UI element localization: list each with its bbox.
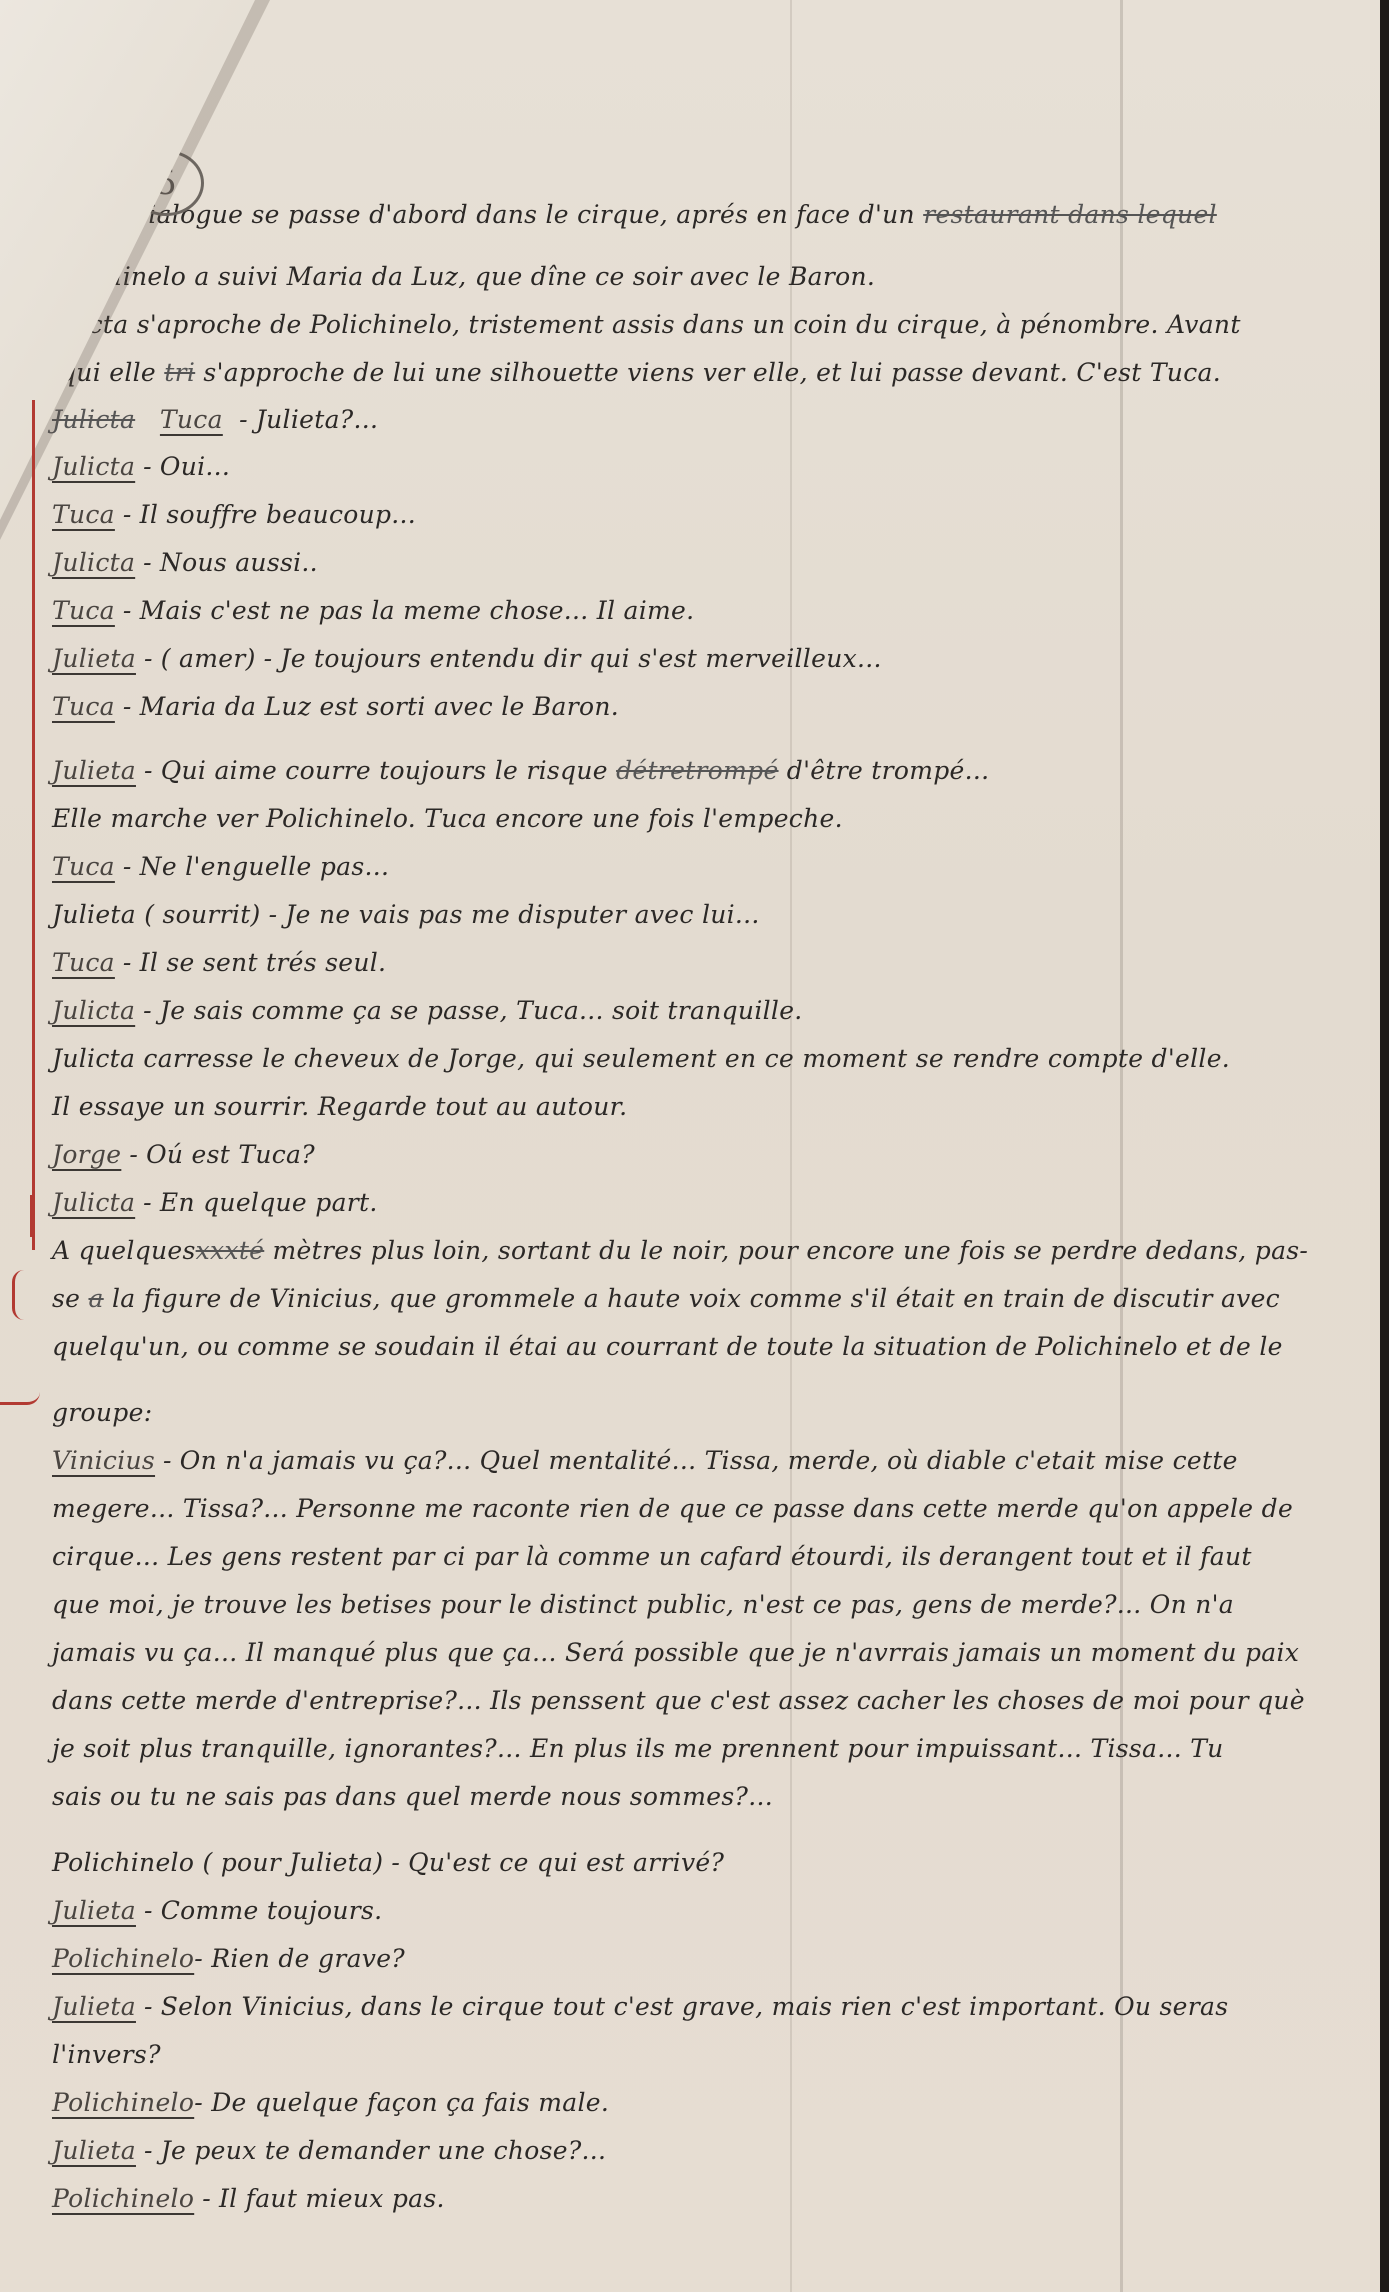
monologue-line: cirque... Les gens restent par ci par là… <box>52 1542 1252 1571</box>
monologue-line: que moi, je trouve les betises pour le d… <box>52 1590 1234 1619</box>
dialogue-line: Tuca-Ne l'enguelle pas... <box>52 852 389 881</box>
fold-line <box>1120 0 1123 2292</box>
red-margin-stroke <box>0 1392 40 1405</box>
dialogue-line: Tuca-Il se sent trés seul. <box>52 948 386 977</box>
dialogue-line: Polichinelo ( pour Julieta)-Qu'est ce qu… <box>52 1848 724 1877</box>
dialogue-line: Julieta-Selon Vinicius, dans le cirque t… <box>52 1992 1228 2021</box>
dialogue-line: Julicta-Oui... <box>52 452 230 481</box>
monologue-line: Vinicius-On n'a jamais vu ça?... Quel me… <box>52 1446 1238 1475</box>
narration-line: groupe: <box>52 1398 152 1427</box>
intro-line: qui elle tri s'approche de lui une silho… <box>60 358 1221 387</box>
dialogue-line: Polichinelo-Il faut mieux pas. <box>52 2184 445 2213</box>
dialogue-line: Julieta-Qui aime courre toujours le risq… <box>52 756 989 785</box>
dialogue-continuation: l'invers? <box>52 2040 161 2069</box>
intro-line: dialogue se passe d'abord dans le cirque… <box>132 200 1217 229</box>
monologue-line: megere... Tissa?... Personne me raconte … <box>52 1494 1293 1523</box>
dialogue-line: Julicta-Nous aussi.. <box>52 548 318 577</box>
dialogue-line: Jorge-Oú est Tuca? <box>52 1140 315 1169</box>
narration-line: quelqu'un, ou comme se soudain il étai a… <box>52 1332 1283 1361</box>
typewritten-page: 5 dialogue se passe d'abord dans le cirq… <box>0 0 1380 2292</box>
monologue-line: jamais vu ça... Il manqué plus que ça...… <box>52 1638 1299 1667</box>
dialogue-line: Tuca-Il souffre beaucoup... <box>52 500 416 529</box>
narration-line: se a la figure de Vinicius, que grommele… <box>52 1284 1280 1313</box>
dialogue-line: Julieta-Je peux te demander une chose?..… <box>52 2136 606 2165</box>
dialogue-line: Julicta-En quelque part. <box>52 1188 378 1217</box>
stage-direction: Il essaye un sourrir. Regarde tout au au… <box>52 1092 627 1121</box>
red-margin-mark <box>30 1195 33 1237</box>
dialogue-line: Polichinelo- Rien de grave? <box>52 1944 405 1973</box>
dialogue-line: Julieta ( sourrit)-Je ne vais pas me dis… <box>52 900 760 929</box>
stage-direction: Julicta carresse le cheveux de Jorge, qu… <box>52 1044 1230 1073</box>
red-margin-bracket <box>12 1270 29 1320</box>
monologue-line: je soit plus tranquille, ignorantes?... … <box>52 1734 1224 1763</box>
intro-line: chinelo a suivi Maria da Luz, que dîne c… <box>92 262 875 291</box>
red-margin-line <box>32 400 35 1250</box>
stage-direction: Elle marche ver Polichinelo. Tuca encore… <box>52 804 843 833</box>
fold-line <box>790 0 792 2292</box>
monologue-line: dans cette merde d'entreprise?... Ils pe… <box>52 1686 1305 1715</box>
dialogue-line: Tuca-Maria da Luz est sorti avec le Baro… <box>52 692 619 721</box>
dialogue-line: Julicta-Je sais comme ça se passe, Tuca.… <box>52 996 803 1025</box>
monologue-line: sais ou tu ne sais pas dans quel merde n… <box>52 1782 773 1811</box>
narration-line: A quelquesxxxté mètres plus loin, sortan… <box>52 1236 1308 1265</box>
dialogue-line: Julieta-Comme toujours. <box>52 1896 382 1925</box>
dialogue-line: Julieta-( amer)-Je toujours entendu dir … <box>52 644 882 673</box>
intro-line: licta s'aproche de Polichinelo, tristeme… <box>72 310 1241 339</box>
dialogue-line: Julicta Tuca -Julieta?... <box>52 405 378 434</box>
dialogue-line: Polichinelo- De quelque façon ça fais ma… <box>52 2088 609 2117</box>
dialogue-line: Tuca-Mais c'est ne pas la meme chose... … <box>52 596 694 625</box>
